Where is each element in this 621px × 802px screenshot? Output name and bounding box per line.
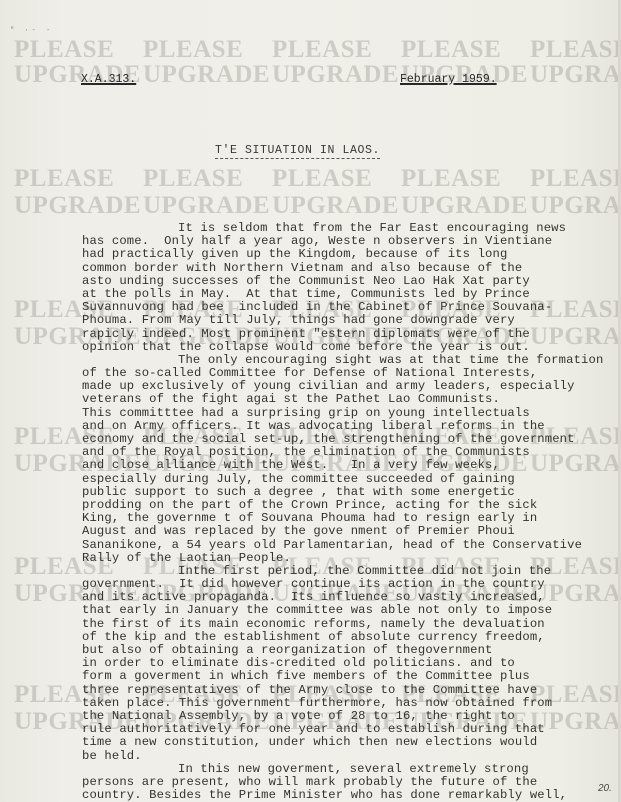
text-line: veterans of the fight agai st the Pathet… [82, 393, 621, 406]
page-number: 20. [598, 783, 612, 794]
text-line: In this new goverment, several extremely… [82, 763, 621, 776]
watermark-text: PLEASE [401, 36, 530, 64]
watermark-text: PLEASE [14, 165, 143, 193]
watermark-text: PLEASE [143, 36, 272, 64]
text-line: Rally of the Laotian People. [82, 552, 621, 565]
watermark-text: UPGRADE [272, 61, 401, 89]
watermark-text: UPGRADE [401, 192, 530, 220]
text-line: rapicly indeed. Most prominent "estern d… [82, 328, 621, 341]
watermark-text: UPGRADE [272, 192, 401, 220]
text-line: opinion that the collapse would come bef… [82, 341, 621, 354]
corner-marks: " ·- - [10, 27, 53, 35]
text-line: had practically given up the Kingdom, be… [82, 248, 621, 261]
text-line: three representatives of the Army close … [82, 684, 621, 697]
watermark-text: PLEASE [14, 36, 143, 64]
document-page: PLEASEPLEASEPLEASEPLEASEPLEASEUPGRADEUPG… [0, 0, 621, 802]
text-line: This committtee had a surprising grip on… [82, 407, 621, 420]
text-line: the first of its main economic reforms, … [82, 618, 621, 631]
watermark-text: PLEASE [272, 36, 401, 64]
watermark-text: PLEASE [143, 165, 272, 193]
watermark-row: PLEASEPLEASEPLEASEPLEASEPLEASE [14, 165, 621, 193]
text-line: August and was replaced by the gove nmen… [82, 525, 621, 538]
text-line: Sananikone, a 54 years old Parlamentaria… [82, 539, 621, 552]
watermark-text: PLEASE [530, 165, 621, 193]
body-text: It is seldom that from the Far East enco… [82, 222, 621, 802]
text-line: Phouma. From May till July, things had g… [82, 314, 621, 327]
text-line: and close alliance with the West. In a v… [82, 459, 621, 472]
text-line: asto unding successes of the Communist N… [82, 275, 621, 288]
text-line: common border with Northern Vietnam and … [82, 262, 621, 275]
watermark-row: UPGRADEUPGRADEUPGRADEUPGRADEUPGRADE [14, 192, 621, 220]
document-title: T'E SITUATION IN LAOS. [215, 144, 380, 159]
watermark-text: UPGRADE [143, 192, 272, 220]
watermark-text: UPGRADE [14, 192, 143, 220]
text-line: form a goverment in which five members o… [82, 670, 621, 683]
watermark-text: PLEASE [272, 165, 401, 193]
watermark-text: UPGRADE [530, 192, 621, 220]
watermark-text: UPGRADE [530, 61, 621, 89]
text-line: public support to such a degree , that w… [82, 486, 621, 499]
watermark-row: PLEASEPLEASEPLEASEPLEASEPLEASE [14, 36, 621, 64]
text-line: country. Besides the Prime Minister who … [82, 789, 621, 802]
document-date: February 1959. [400, 73, 497, 86]
text-line: that early in January the committee was … [82, 604, 621, 617]
text-line: taken place. This government furthermore… [82, 697, 621, 710]
reference-number: X.A.313. [81, 73, 136, 86]
text-line: be held. [82, 750, 621, 763]
text-line: especially during July, the committee su… [82, 473, 621, 486]
watermark-text: UPGRADE [143, 61, 272, 89]
watermark-text: PLEASE [401, 165, 530, 193]
text-line: time a new constitution, under which the… [82, 736, 621, 749]
watermark-text: PLEASE [530, 36, 621, 64]
